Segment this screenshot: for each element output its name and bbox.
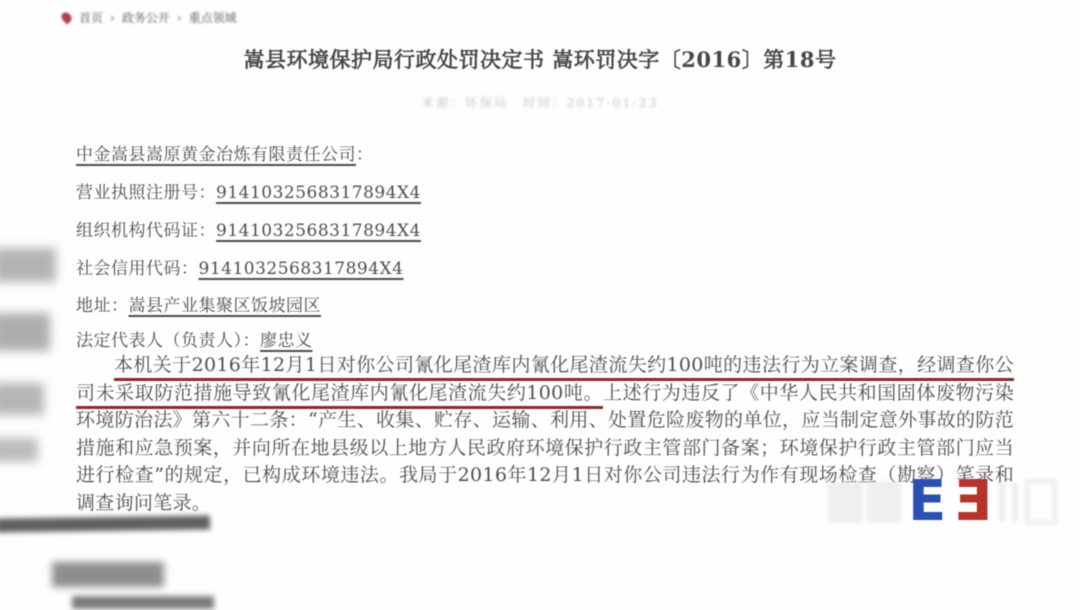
info-label: 营业执照注册号：	[76, 183, 216, 203]
info-label: 法定代表人（负责人）：	[76, 331, 260, 351]
info-value: 9141032568317894X4	[199, 259, 404, 279]
breadcrumb: 首页 › 政务公开 › 重点领域	[62, 9, 237, 26]
watermark-ghost-right	[999, 479, 1057, 525]
blur-artifact	[72, 596, 214, 609]
breadcrumb-separator: ›	[110, 11, 115, 25]
info-value: 廖忠义	[260, 331, 313, 351]
penalty-decision-page: 首页 › 政务公开 › 重点领域 嵩县环境保护局行政处罚决定书 嵩环罚决字〔20…	[0, 0, 1080, 610]
recipient-line: 中金嵩县嵩原黄金冶炼有限责任公司：	[76, 140, 374, 165]
info-label: 地址：	[76, 296, 129, 316]
breadcrumb-separator: ›	[177, 11, 182, 25]
breadcrumb-key-areas[interactable]: 重点领域	[189, 9, 237, 26]
info-value: 9141032568317894X4	[216, 183, 421, 203]
tv-station-watermark: E Ǝ	[828, 476, 1057, 528]
blur-artifact	[0, 438, 38, 462]
watermark-ghost-left	[828, 482, 901, 522]
breadcrumb-gov-disclosure[interactable]: 政务公开	[122, 9, 170, 26]
info-label: 组织机构代码证：	[76, 221, 216, 241]
info-value: 嵩县产业集聚区饭坡园区	[129, 296, 322, 316]
blur-artifact	[52, 562, 164, 587]
blur-artifact	[0, 383, 44, 415]
info-value: 9141032568317894X4	[216, 221, 421, 241]
location-pin-icon	[59, 10, 73, 24]
info-label: 社会信用代码：	[76, 259, 199, 279]
info-line-credit-code: 社会信用代码：9141032568317894X4	[76, 254, 403, 279]
info-line-address: 地址：嵩县产业集聚区饭坡园区	[76, 291, 321, 316]
blur-artifact	[0, 248, 56, 282]
breadcrumb-home[interactable]: 首页	[79, 9, 103, 26]
tv-logo-red-reversed-e-icon: Ǝ	[953, 476, 991, 528]
info-line-license-no: 营业执照注册号：9141032568317894X4	[76, 178, 421, 203]
info-line-org-code: 组织机构代码证：9141032568317894X4	[76, 216, 421, 241]
tv-logo-blue-e-icon: E	[908, 476, 946, 528]
blur-artifact	[0, 313, 50, 351]
blur-artifact	[0, 516, 210, 533]
document-meta: 来源：环保局 时间：2017-01-23	[0, 93, 1080, 111]
info-line-legal-representative: 法定代表人（负责人）：廖忠义	[76, 326, 313, 351]
recipient-name: 中金嵩县嵩原黄金冶炼有限责任公司	[76, 145, 356, 165]
document-title: 嵩县环境保护局行政处罚决定书 嵩环罚决字〔2016〕第18号	[0, 44, 1080, 74]
recipient-suffix: ：	[356, 145, 374, 165]
